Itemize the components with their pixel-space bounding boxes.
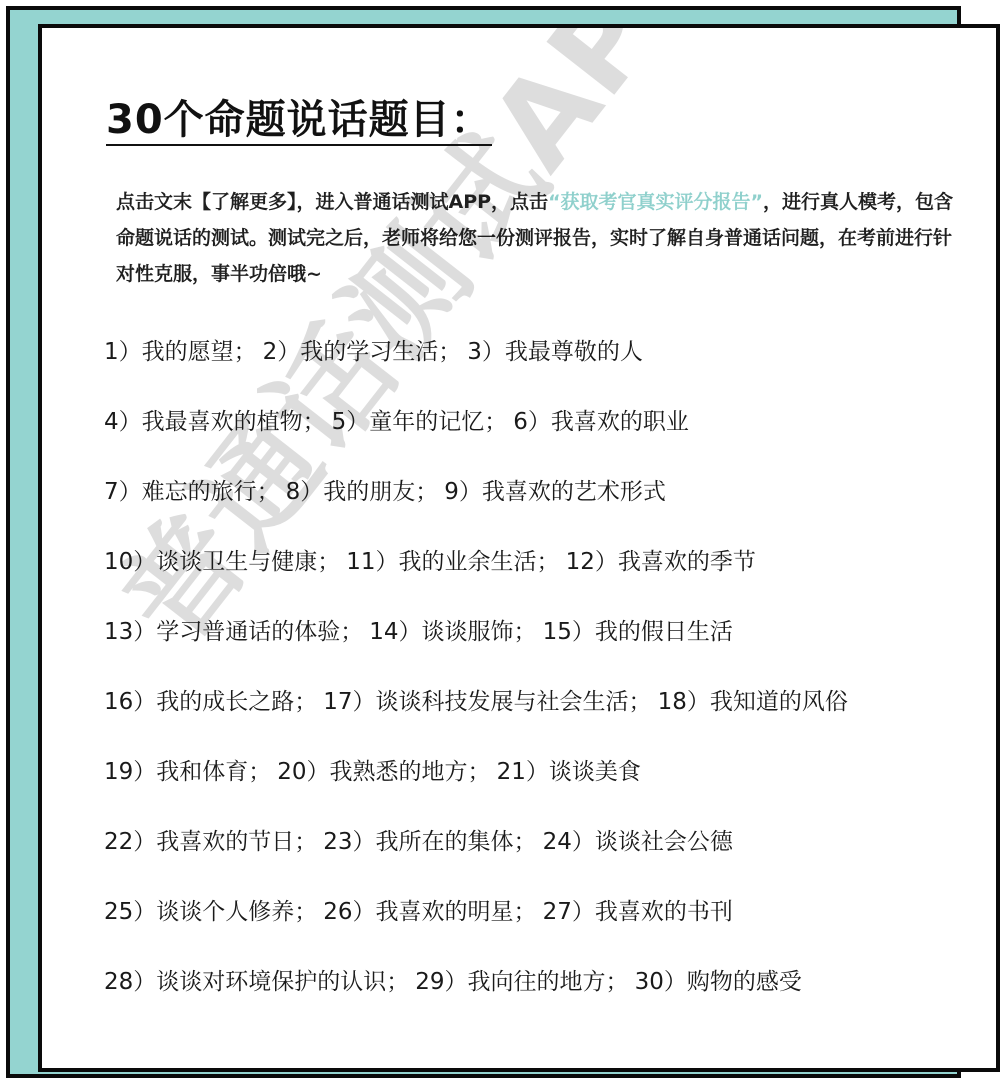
topic-item: 30）购物的感受: [635, 969, 802, 995]
topic-item: 15）我的假日生活: [543, 619, 733, 645]
topic-line: 28）谈谈对环境保护的认识；29）我向往的地方；30）购物的感受: [104, 964, 1000, 1034]
topic-item: 7）难忘的旅行；: [104, 479, 280, 505]
topic-line: 10）谈谈卫生与健康；11）我的业余生活；12）我喜欢的季节: [104, 544, 1000, 614]
intro-highlight: “获取考官真实评分报告”: [548, 191, 763, 213]
topic-item: 29）我向往的地方；: [415, 969, 628, 995]
topic-item: 8）我的朋友；: [286, 479, 439, 505]
topic-item: 9）我喜欢的艺术形式: [444, 479, 666, 505]
topic-item: 17）谈谈科技发展与社会生活；: [323, 689, 651, 715]
topic-line: 1）我的愿望；2）我的学习生活；3）我最尊敬的人: [104, 334, 1000, 404]
topic-line: 19）我和体育；20）我熟悉的地方；21）谈谈美食: [104, 754, 1000, 824]
topic-line: 22）我喜欢的节日；23）我所在的集体；24）谈谈社会公德: [104, 824, 1000, 894]
intro-text-part1: 点击文末【了解更多】，进入普通话测试APP，点击: [116, 191, 548, 213]
topic-item: 6）我喜欢的职业: [513, 409, 689, 435]
topic-item: 27）我喜欢的书刊: [543, 899, 733, 925]
topic-line: 16）我的成长之路；17）谈谈科技发展与社会生活；18）我知道的风俗: [104, 684, 1000, 754]
topic-item: 28）谈谈对环境保护的认识；: [104, 969, 409, 995]
topic-line: 25）谈谈个人修养；26）我喜欢的明星；27）我喜欢的书刊: [104, 894, 1000, 964]
topic-item: 2）我的学习生活；: [263, 339, 462, 365]
intro-paragraph: 点击文末【了解更多】，进入普通话测试APP，点击“获取考官真实评分报告”，进行真…: [116, 184, 956, 292]
topic-item: 16）我的成长之路；: [104, 689, 317, 715]
content-card: 普通话测试APP 30个命题说话题目： 点击文末【了解更多】，进入普通话测试AP…: [38, 24, 1000, 1072]
topic-item: 24）谈谈社会公德: [543, 829, 733, 855]
topic-item: 11）我的业余生活；: [346, 549, 559, 575]
topic-item: 18）我知道的风俗: [658, 689, 848, 715]
topic-item: 10）谈谈卫生与健康；: [104, 549, 340, 575]
topic-item: 4）我最喜欢的植物；: [104, 409, 326, 435]
topic-line: 7）难忘的旅行；8）我的朋友；9）我喜欢的艺术形式: [104, 474, 1000, 544]
page-title: 30个命题说话题目：: [106, 98, 492, 146]
topic-item: 25）谈谈个人修养；: [104, 899, 317, 925]
topic-item: 26）我喜欢的明星；: [323, 899, 536, 925]
topic-item: 12）我喜欢的季节: [566, 549, 756, 575]
topic-item: 23）我所在的集体；: [323, 829, 536, 855]
topic-item: 3）我最尊敬的人: [467, 339, 643, 365]
topic-item: 19）我和体育；: [104, 759, 271, 785]
topic-line: 4）我最喜欢的植物；5）童年的记忆；6）我喜欢的职业: [104, 404, 1000, 474]
topic-item: 21）谈谈美食: [497, 759, 641, 785]
topic-item: 5）童年的记忆；: [332, 409, 508, 435]
topic-item: 22）我喜欢的节日；: [104, 829, 317, 855]
topic-item: 13）学习普通话的体验；: [104, 619, 363, 645]
topic-item: 20）我熟悉的地方；: [277, 759, 490, 785]
topic-item: 14）谈谈服饰；: [369, 619, 536, 645]
topic-item: 1）我的愿望；: [104, 339, 257, 365]
topic-list: 1）我的愿望；2）我的学习生活；3）我最尊敬的人 4）我最喜欢的植物；5）童年的…: [104, 334, 1000, 1034]
topic-line: 13）学习普通话的体验；14）谈谈服饰；15）我的假日生活: [104, 614, 1000, 684]
